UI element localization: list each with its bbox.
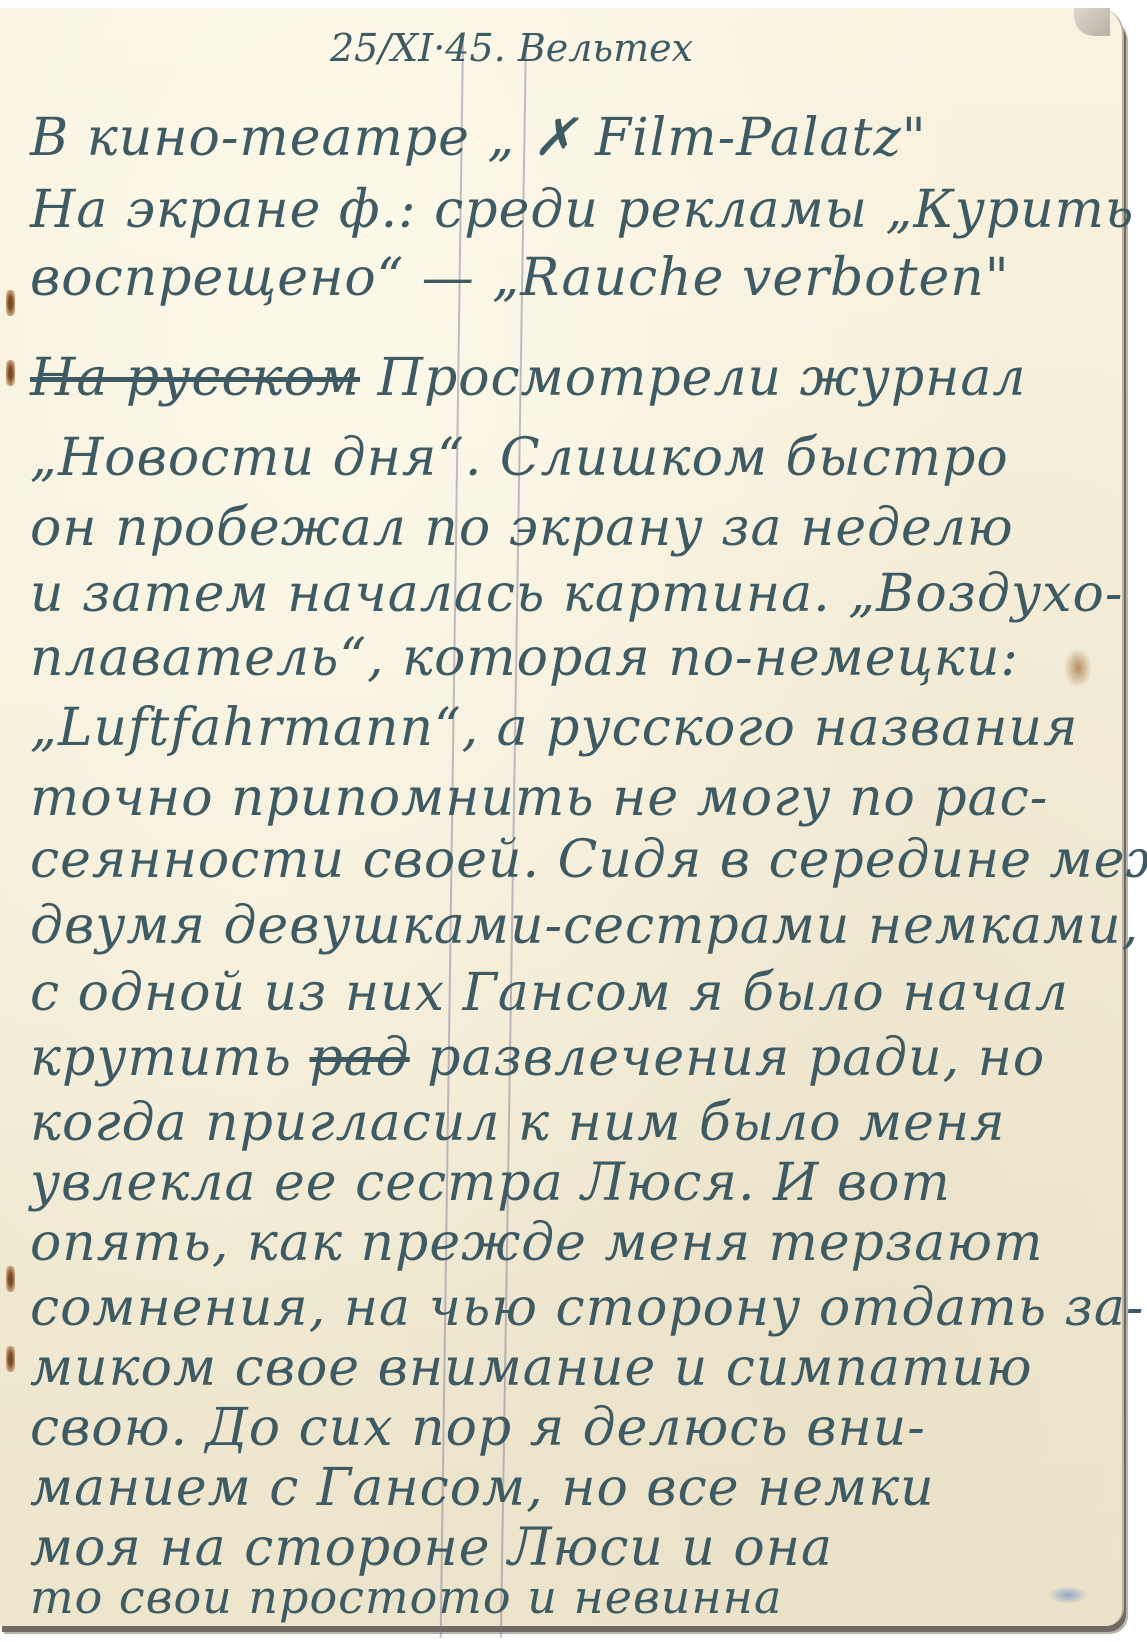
binding-hole bbox=[6, 1266, 15, 1292]
struck-text: На русском bbox=[30, 348, 360, 408]
text-line: „Luftfahrmann“, а русского названия bbox=[30, 698, 1078, 758]
diary-page: 25/XI·45. Вельтех В кино-театре „ ✗ Film… bbox=[0, 8, 1124, 1626]
date: 25/XI·45. bbox=[330, 26, 506, 70]
text-line: В кино-театре „ ✗ Film-Palatz" bbox=[30, 108, 927, 168]
text: развлечения ради, но bbox=[410, 1028, 1046, 1088]
text-line: опять, как прежде меня терзают bbox=[30, 1213, 1043, 1273]
text-line: то свои простото и невинна bbox=[30, 1570, 782, 1624]
text: крутить bbox=[30, 1028, 309, 1088]
text-line: „Новости дня“. Слишком быстро bbox=[30, 428, 1009, 488]
text-line: На экране ф.: среди рекламы „Курить bbox=[30, 180, 1134, 240]
text-line: и затем началась картина. „Воздухо- bbox=[30, 564, 1123, 624]
text-line: свою. До сих пор я делюсь вни- bbox=[30, 1398, 926, 1458]
text-line: На русском Просмотрели журнал bbox=[30, 348, 1027, 408]
folded-corner bbox=[1074, 8, 1110, 36]
text-line: крутить рад развлечения ради, но bbox=[30, 1028, 1045, 1088]
struck-text: рад bbox=[309, 1028, 409, 1088]
text-line: когда пригласил к ним было меня bbox=[30, 1093, 1006, 1153]
entry-date: 25/XI·45. Вельтех bbox=[330, 26, 693, 70]
text-line: миком свое внимание и симпатию bbox=[30, 1338, 1033, 1398]
text-line: сеянности своей. Сидя в середине между bbox=[30, 830, 1147, 890]
weekday: Вельтех bbox=[518, 26, 693, 70]
text-line: манием с Гансом, но все немки bbox=[30, 1458, 935, 1518]
text-line: точно припомнить не могу по рас- bbox=[30, 768, 1048, 828]
text-line: сомнения, на чью сторону отдать за- bbox=[30, 1278, 1144, 1338]
text-line: плаватель“, которая по-немецки: bbox=[30, 628, 1019, 688]
text-line: воспрещено“ — „Rauche verboten" bbox=[30, 248, 1010, 308]
text-line: моя на стороне Люси и она bbox=[30, 1518, 833, 1578]
text-line: двумя девушками-сестрами немками, bbox=[30, 896, 1139, 956]
text-line: он пробежал по экрану за неделю bbox=[30, 498, 1014, 558]
brown-stain bbox=[1064, 648, 1092, 688]
binding-hole bbox=[6, 360, 15, 386]
binding-hole bbox=[6, 1346, 15, 1372]
ink-blot bbox=[1048, 1586, 1088, 1604]
text: Просмотрели журнал bbox=[360, 348, 1026, 408]
text-line: с одной из них Гансом я было начал bbox=[30, 963, 1069, 1023]
binding-hole bbox=[6, 290, 15, 316]
text-line: увлекла ее сестра Люся. И вот bbox=[30, 1153, 951, 1213]
